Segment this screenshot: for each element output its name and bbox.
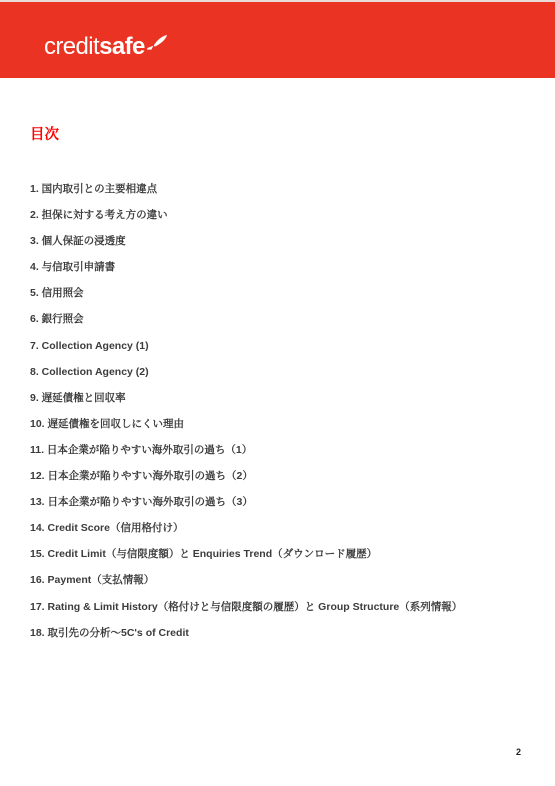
creditsafe-logo: creditsafe	[44, 35, 167, 59]
toc-item-9: 9. 遅延債権と回収率	[30, 385, 535, 411]
toc-item-1: 1. 国内取引との主要相違点	[30, 176, 535, 202]
toc-item-4: 4. 与信取引申請書	[30, 254, 535, 280]
page-number: 2	[516, 748, 521, 757]
toc-item-5: 5. 信用照会	[30, 280, 535, 306]
header-banner: creditsafe	[0, 2, 555, 78]
toc-item-14: 14. Credit Score（信用格付け）	[30, 515, 535, 541]
logo-text-credit: credit	[44, 35, 99, 59]
toc-item-7: 7. Collection Agency (1)	[30, 333, 535, 359]
logo-text-safe: safe	[99, 35, 145, 59]
page-title: 目次	[30, 128, 59, 143]
toc-item-2: 2. 担保に対する考え方の違い	[30, 202, 535, 228]
toc-item-6: 6. 銀行照会	[30, 306, 535, 332]
toc-item-3: 3. 個人保証の浸透度	[30, 228, 535, 254]
toc-item-18: 18. 取引先の分析～5C's of Credit	[30, 620, 535, 646]
toc-item-8: 8. Collection Agency (2)	[30, 359, 535, 385]
toc-item-16: 16. Payment（支払情報）	[30, 567, 535, 593]
toc-item-11: 11. 日本企業が陥りやすい海外取引の過ち（1）	[30, 437, 535, 463]
toc-item-15: 15. Credit Limit（与信限度額）と Enquiries Trend…	[30, 541, 535, 567]
document-page: creditsafe 目次 1. 国内取引との主要相違点 2. 担保に対する考え…	[0, 0, 555, 786]
toc-item-17: 17. Rating & Limit History（格付けと与信限度額の履歴）…	[30, 594, 535, 620]
toc-item-12: 12. 日本企業が陥りやすい海外取引の過ち（2）	[30, 463, 535, 489]
toc-list: 1. 国内取引との主要相違点 2. 担保に対する考え方の違い 3. 個人保証の浸…	[30, 176, 535, 646]
leaf-swoosh-icon	[147, 35, 167, 50]
toc-item-13: 13. 日本企業が陥りやすい海外取引の過ち（3）	[30, 489, 535, 515]
toc-item-10: 10. 遅延債権を回収しにくい理由	[30, 411, 535, 437]
